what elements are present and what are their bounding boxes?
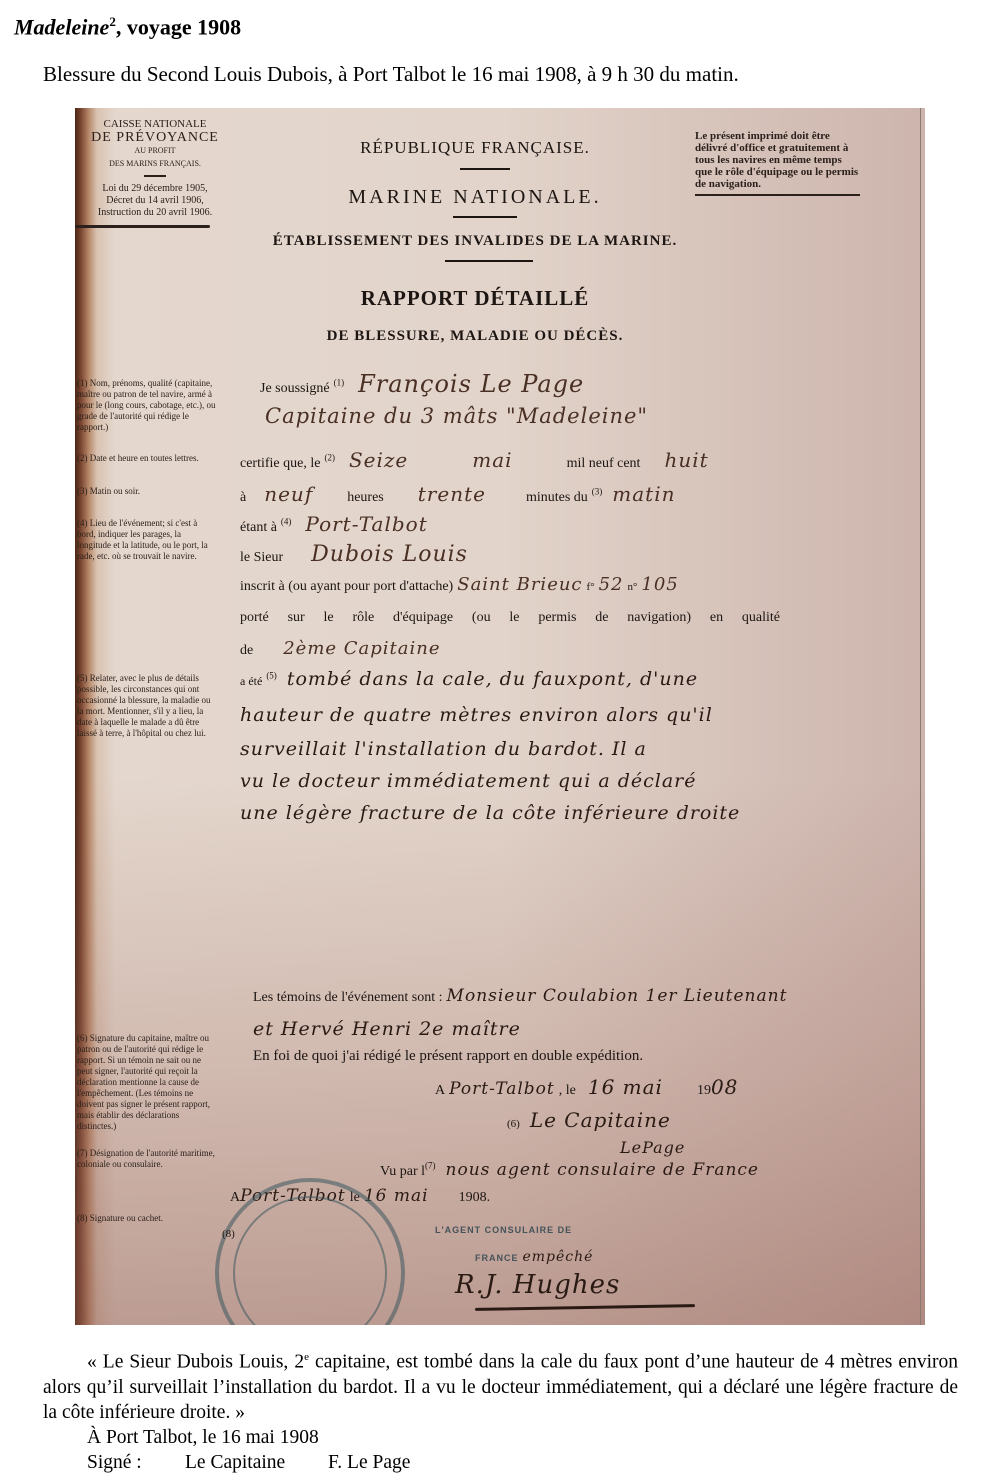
year-prefix: 19: [697, 1083, 711, 1098]
inscrit-value: Saint Brieuc: [457, 574, 582, 595]
qualite-value: Capitaine du 3 mâts "Madeleine": [265, 404, 648, 428]
signed-name: F. Le Page: [328, 1450, 410, 1475]
footnote-ref: (6): [507, 1118, 520, 1130]
footnote-ref: (8): [222, 1228, 235, 1240]
side-note-4: (4) Lieu de l'événement; si c'est à bord…: [77, 518, 217, 562]
field-sieur: le Sieur Dubois Louis: [240, 542, 468, 567]
vu-year: 1908.: [459, 1190, 491, 1205]
caisse-line3: AU PROFIT: [85, 144, 225, 157]
field-date: certifie que, le (2) Seize mai mil neuf …: [240, 448, 800, 472]
marine-heading: MARINE NATIONALE.: [235, 186, 715, 209]
sieur-value: Dubois Louis: [311, 542, 468, 567]
minutes-label: minutes du: [526, 490, 588, 505]
narrative-line: hauteur de quatre mètres environ alors q…: [240, 704, 713, 726]
field-inscrit: inscrit à (ou ayant pour port d'attache)…: [240, 574, 679, 595]
signature-role: Le Capitaine: [530, 1108, 671, 1132]
divider: [75, 225, 210, 228]
footnote-ref: (1): [334, 378, 345, 388]
consul-stamp-line1: L'AGENT CONSULAIRE DE: [435, 1225, 572, 1235]
transcription-signed: Signé :Le CapitaineF. Le Page: [43, 1450, 958, 1475]
consul-signature: R.J. Hughes: [455, 1270, 620, 1300]
place-value: Port-Talbot: [305, 512, 427, 536]
heures-label: heures: [347, 490, 384, 505]
en-foi-text: En foi de quoi j'ai rédigé le présent ra…: [253, 1048, 643, 1065]
law-1: Loi du 29 décembre 1905,: [85, 183, 225, 195]
caisse-header: CAISSE NATIONALE DE PRÉVOYANCE AU PROFIT…: [85, 118, 225, 228]
side-note-2: (2) Date et heure en toutes lettres.: [77, 453, 217, 464]
side-note-1: (1) Nom, prénoms, qualité (capitaine, ma…: [77, 378, 217, 433]
etablissement-heading: ÉTABLISSEMENT DES INVALIDES DE LA MARINE…: [235, 233, 715, 250]
narrative-line: tombé dans la cale, du fauxpont, d'une: [287, 668, 698, 690]
temoins-value-1: Monsieur Coulabion 1er Lieutenant: [447, 986, 788, 1006]
date-day-value: Seize: [349, 448, 408, 472]
year-value: huit: [664, 448, 708, 472]
field-vu-par: Vu par l(7) nous agent consulaire de Fra…: [380, 1160, 920, 1180]
notice-box: Le présent imprimé doit être délivré d'o…: [695, 130, 860, 196]
title-rest: , voyage 1908: [116, 14, 241, 39]
field-time: à neuf heures trente minutes du (3) mati…: [240, 482, 820, 506]
footnote-ref: (7): [425, 1161, 436, 1171]
sign-year-value: 08: [711, 1075, 738, 1099]
divider: [445, 260, 533, 262]
notice-text: Le présent imprimé doit être délivré d'o…: [695, 130, 860, 190]
field-soussigne: Je soussigné (1) François Le Page: [260, 370, 584, 398]
republique-heading: RÉPUBLIQUE FRANÇAISE.: [235, 138, 715, 158]
year-label: mil neuf cent: [567, 456, 641, 471]
soussigne-value: François Le Page: [358, 370, 584, 398]
sign-place-value: Port-Talbot: [449, 1079, 555, 1099]
certifie-label: certifie que, le: [240, 456, 320, 471]
le-label: , le: [559, 1083, 576, 1098]
ship-name: Madeleine: [14, 14, 109, 39]
footnote-ref: (2): [324, 453, 335, 463]
date-month-value: mai: [472, 448, 512, 472]
a-label: à: [240, 490, 246, 505]
scanned-document-image: CAISSE NATIONALE DE PRÉVOYANCE AU PROFIT…: [75, 108, 925, 1325]
porte-label: porté sur le rôle d'équipage (ou le perm…: [240, 610, 780, 626]
temoins-label: Les témoins de l'événement sont :: [253, 990, 443, 1005]
sieur-label: le Sieur: [240, 550, 283, 565]
law-2: Décret du 14 avril 1906,: [85, 195, 225, 207]
consul-empeche: empêché: [523, 1249, 594, 1265]
caisse-line2: DE PRÉVOYANCE: [85, 131, 225, 144]
field-qualite: de 2ème Capitaine: [240, 638, 441, 659]
consul-stamp-line2-wrap: FRANCE empêché: [475, 1248, 593, 1266]
signed-role: Le Capitaine: [185, 1450, 328, 1475]
vu-label: Vu par l: [380, 1164, 425, 1179]
report-subtitle: DE BLESSURE, MALADIE OU DÉCÈS.: [235, 328, 715, 345]
footnote-ref: (5): [266, 671, 277, 681]
ete-label: a été: [240, 674, 262, 688]
soussigne-label: Je soussigné: [260, 381, 330, 396]
qualite-value-2: 2ème Capitaine: [283, 638, 440, 659]
field-place: étant à (4) Port-Talbot: [240, 512, 428, 536]
a-label: A: [230, 1190, 240, 1205]
field-temoins: Les témoins de l'événement sont : Monsie…: [253, 986, 923, 1006]
etant-label: étant à: [240, 520, 277, 535]
footnote-ref: (4): [281, 517, 292, 527]
field-narrative: a été (5) tombé dans la cale, du fauxpon…: [240, 668, 920, 690]
a-label: A: [435, 1083, 445, 1098]
period-value: matin: [612, 482, 675, 506]
page-subtitle: Blessure du Second Louis Dubois, à Port …: [43, 62, 739, 87]
folio-label: f°: [587, 581, 595, 593]
divider: [460, 168, 510, 170]
sign-date-value: 16 mai: [588, 1075, 663, 1099]
narrative-line: surveillait l'installation du bardot. Il…: [240, 738, 647, 760]
report-title: RAPPORT DÉTAILLÉ: [235, 286, 715, 311]
inscrit-label: inscrit à (ou ayant pour port d'attache): [240, 579, 453, 594]
page-edge: [920, 108, 921, 1325]
minutes-value: trente: [418, 482, 486, 506]
divider: [453, 216, 517, 218]
numero-label: n°: [628, 581, 638, 593]
signature-underline: [475, 1304, 695, 1311]
hour-value: neuf: [264, 482, 313, 506]
side-note-7: (7) Désignation de l'autorité maritime, …: [77, 1148, 217, 1170]
signed-label: Signé :: [87, 1450, 185, 1475]
stamp-ring: [233, 1196, 387, 1325]
signature-name: LePage: [620, 1138, 685, 1157]
numero-value: 105: [641, 574, 678, 595]
law-3: Instruction du 20 avril 1906.: [85, 207, 225, 219]
transcription-quote: « Le Sieur Dubois Louis, 2e capitaine, e…: [43, 1345, 958, 1425]
caisse-line4: DES MARINS FRANÇAIS.: [85, 157, 225, 170]
field-capitaine-signature: (6) Le Capitaine: [507, 1108, 671, 1132]
vu-value: nous agent consulaire de France: [446, 1160, 759, 1180]
footnote-ref: (3): [592, 487, 603, 497]
side-note-8: (8) Signature ou cachet.: [77, 1213, 217, 1224]
de-label: de: [240, 643, 253, 658]
side-note-3: (3) Matin ou soir.: [77, 486, 217, 497]
divider: [695, 194, 860, 196]
quote-part-1: « Le Sieur Dubois Louis, 2: [87, 1352, 304, 1373]
transcription: « Le Sieur Dubois Louis, 2e capitaine, e…: [43, 1345, 958, 1475]
side-note-6: (6) Signature du capitaine, maître ou pa…: [77, 1033, 217, 1132]
side-note-5: (5) Relater, avec le plus de détails pos…: [77, 673, 217, 739]
narrative-line: une légère fracture de la côte inférieur…: [240, 802, 740, 824]
transcription-place-date: À Port Talbot, le 16 mai 1908: [43, 1425, 958, 1450]
temoins-value-2: et Hervé Henri 2e maître: [253, 1018, 521, 1040]
narrative-line: vu le docteur immédiatement qui a déclar…: [240, 770, 697, 792]
divider: [144, 175, 166, 177]
field-sign-date: A Port-Talbot , le 16 mai 1908: [435, 1075, 738, 1099]
folio-value: 52: [599, 574, 624, 595]
consul-stamp-line2: FRANCE: [475, 1253, 519, 1263]
page-title: Madeleine2, voyage 1908: [14, 14, 241, 40]
